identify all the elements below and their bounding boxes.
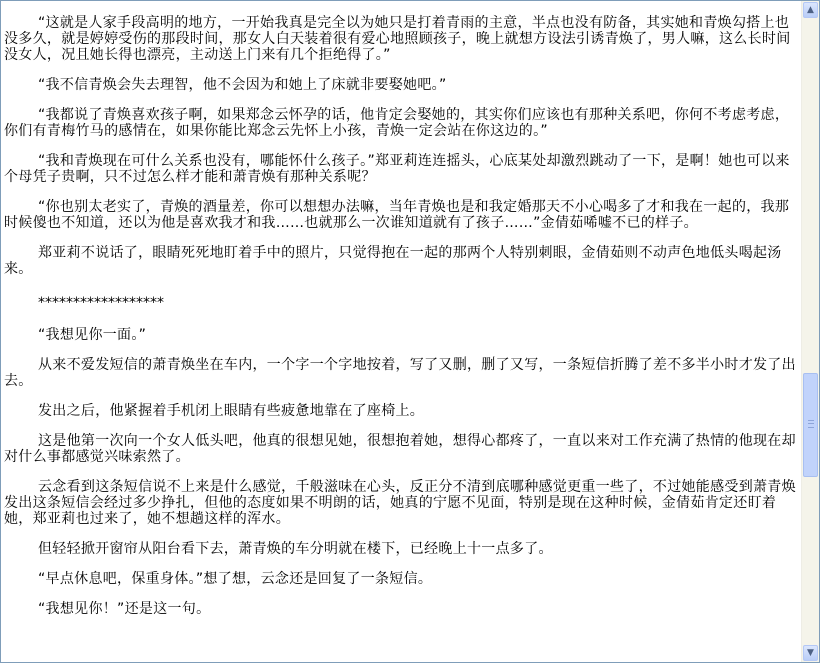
paragraph: “我想见你一面。” <box>4 327 796 343</box>
vertical-scrollbar[interactable]: ▲ ▼ <box>801 1 819 662</box>
paragraph: “我想见你！”还是这一句。 <box>4 601 796 617</box>
chevron-up-icon: ▲ <box>807 5 814 15</box>
paragraph: 云念看到这条短信说不上来是什么感觉，千般滋味在心头，反正分不清到底哪种感觉更重一… <box>4 479 796 527</box>
document-body: “这就是人家手段高明的地方，一开始我真是完全以为她只是打着青雨的主意，半点也没有… <box>4 15 796 631</box>
paragraph: 从来不爱发短信的萧青焕坐在车内，一个字一个字地按着，写了又删，删了又写，一条短信… <box>4 357 796 389</box>
paragraph: 发出之后，他紧握着手机闭上眼睛有些疲惫地靠在了座椅上。 <box>4 403 796 419</box>
grip-icon <box>808 420 814 428</box>
paragraph: 郑亚莉不说话了，眼睛死死地盯着手中的照片，只觉得抱在一起的那两个人特别刺眼，金倩… <box>4 245 796 277</box>
chevron-down-icon: ▼ <box>807 648 814 658</box>
paragraph: “我不信青焕会失去理智，他不会因为和她上了床就非要娶她吧。” <box>4 77 796 93</box>
paragraph: 这是他第一次向一个女人低头吧，他真的很想见她，很想抱着她，想得心都疼了，一直以来… <box>4 433 796 465</box>
section-separator: ****************** <box>4 295 796 311</box>
paragraph: 但轻轻掀开窗帘从阳台看下去，萧青焕的车分明就在楼下，已经晚上十一点多了。 <box>4 541 796 557</box>
paragraph: “这就是人家手段高明的地方，一开始我真是完全以为她只是打着青雨的主意，半点也没有… <box>4 15 796 63</box>
scroll-down-button[interactable]: ▼ <box>803 645 818 661</box>
paragraph: “我都说了青焕喜欢孩子啊，如果郑念云怀孕的话，他肯定会娶她的，其实你们应该也有那… <box>4 107 796 139</box>
scroll-up-button[interactable]: ▲ <box>803 2 818 18</box>
paragraph: “我和青焕现在可什么关系也没有，哪能怀什么孩子。”郑亚莉连连摇头，心底某处却激烈… <box>4 153 796 185</box>
reader-window: “这就是人家手段高明的地方，一开始我真是完全以为她只是打着青雨的主意，半点也没有… <box>0 0 820 663</box>
paragraph: “早点休息吧，保重身体。”想了想，云念还是回复了一条短信。 <box>4 571 796 587</box>
paragraph: “你也别太老实了，青焕的酒量差，你可以想想办法嘛，当年青焕也是和我定婚那天不小心… <box>4 199 796 231</box>
scroll-thumb[interactable] <box>803 373 818 477</box>
